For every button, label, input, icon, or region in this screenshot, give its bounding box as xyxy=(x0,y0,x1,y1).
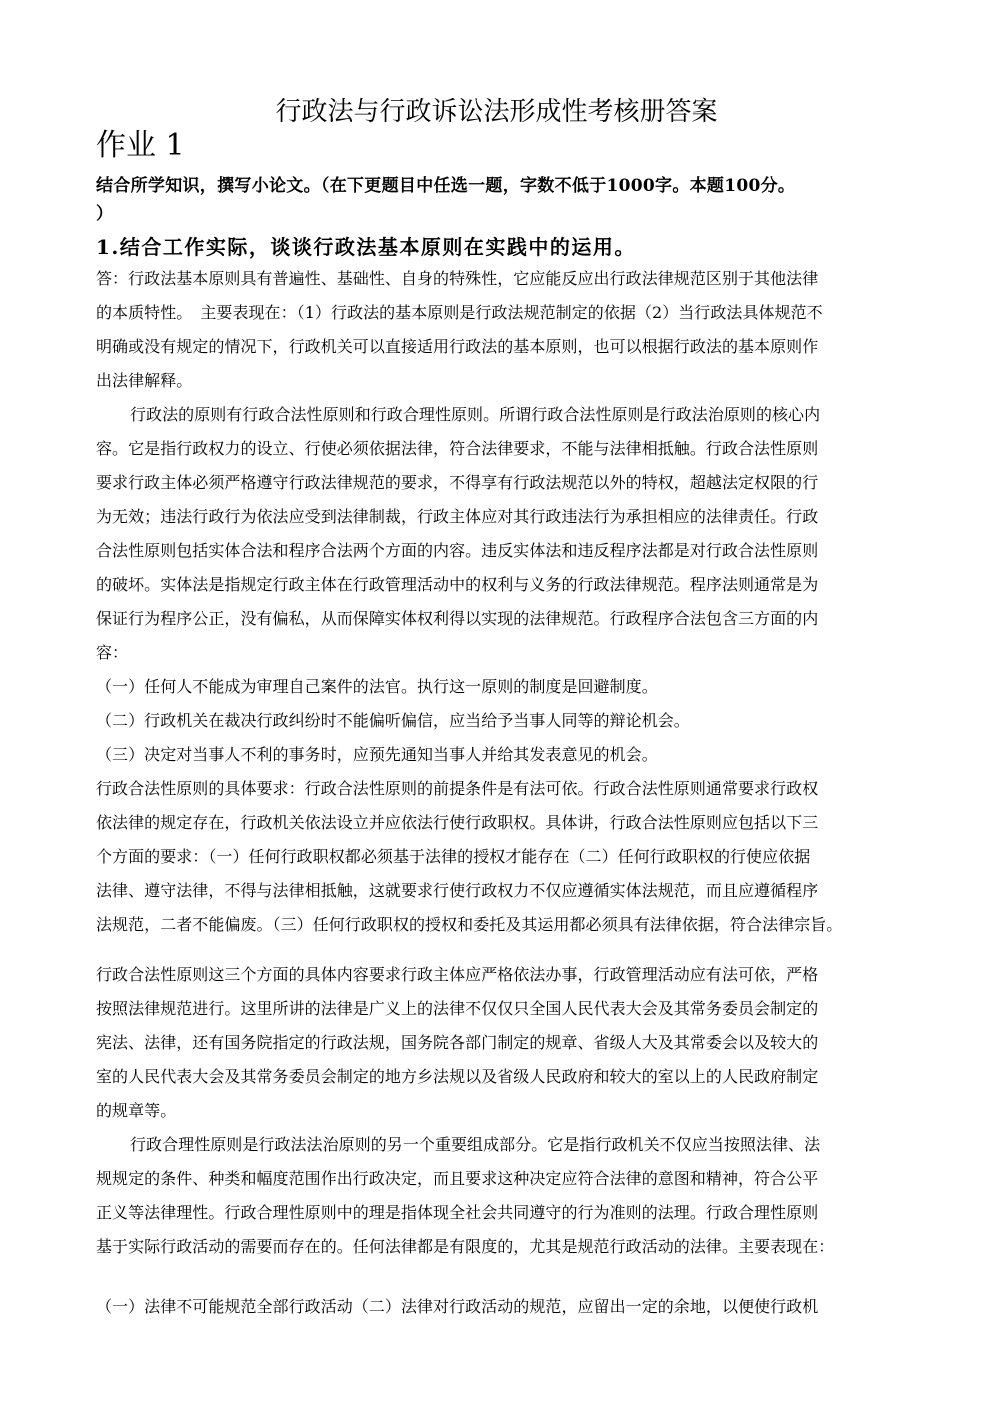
instruction-line-1: 结合所学知识，撰写小论文。（在下更题目中任选一题，字数不低于1000字。本题10… xyxy=(96,170,916,202)
body-line: 的破坏。实体法是指规定行政主体在行政管理活动中的权利与义务的行政法律规范。程序法… xyxy=(96,574,818,596)
body-line: 行政合法性原则这三个方面的具体内容要求行政主体应严格依法办事，行政管理活动应有法… xyxy=(96,964,818,986)
document-page: 行政法与行政诉讼法形成性考核册答案 作业 1 结合所学知识，撰写小论文。（在下更… xyxy=(0,0,993,1404)
body-line: 保证行为程序公正，没有偏私，从而保障实体权利得以实现的法律规范。行政程序合法包含… xyxy=(96,608,818,630)
body-line: （三）决定对当事人不利的事务时，应预先通知当事人并给其发表意见的机会。 xyxy=(96,744,658,766)
body-line: 宪法、法律，还有国务院指定的行政法规，国务院各部门制定的规章、省级人大及其常委会… xyxy=(96,1032,818,1054)
body-line: 行政法的原则有行政合法性原则和行政合理性原则。所谓行政合法性原则是行政法治原则的… xyxy=(130,404,820,426)
body-line: （一）任何人不能成为审理自己案件的法官。执行这一原则的制度是回避制度。 xyxy=(96,676,658,698)
body-line: （一）法律不可能规范全部行政活动（二）法律对行政活动的规范，应留出一定的余地，以… xyxy=(96,1296,818,1318)
body-line: 法规范，二者不能偏废。（三）任何行政职权的授权和委托及其运用都必须具有法律依据，… xyxy=(96,914,842,936)
body-line: 明确或没有规定的情况下，行政机关可以直接适用行政法的基本原则，也可以根据行政法的… xyxy=(96,336,818,358)
body-line: 容： xyxy=(96,642,128,664)
body-line: 个方面的要求：（一）任何行政职权都必须基于法律的授权才能存在（二）任何行政职权的… xyxy=(96,846,810,868)
body-line: 答：行政法基本原则具有普遍性、基础性、自身的特殊性，它应能反应出行政法律规范区别… xyxy=(96,268,818,290)
body-line: 按照法律规范进行。这里所讲的法律是广义上的法律不仅仅只全国人民代表大会及其常务委… xyxy=(96,998,818,1020)
body-line: 合法性原则包括实体合法和程序合法两个方面的内容。违反实体法和违反程序法都是对行政… xyxy=(96,540,818,562)
body-line: 室的人民代表大会及其常务委员会制定的地方乡法规以及省级人民政府和较大的室以上的人… xyxy=(96,1066,818,1088)
body-line: 行政合法性原则的具体要求：行政合法性原则的前提条件是有法可依。行政合法性原则通常… xyxy=(96,778,818,800)
body-line: 容。它是指行政权力的设立、行使必须依据法律，符合法律要求，不能与法律相抵触。行政… xyxy=(96,438,818,460)
body-line: 正义等法律理性。行政合理性原则中的理是指体现全社会共同遵守的行为准则的法理。行政… xyxy=(96,1202,818,1224)
body-line: 要求行政主体必须严格遵守行政法律规范的要求，不得享有行政法规范以外的特权，超越法… xyxy=(96,472,818,494)
instruction-line-2: ） xyxy=(96,198,916,230)
document-title: 行政法与行政诉讼法形成性考核册答案 xyxy=(0,94,993,130)
body-line: （二）行政机关在裁决行政纠纷时不能偏听偏信，应当给予当事人同等的辩论机会。 xyxy=(96,710,690,732)
body-line: 为无效；违法行政行为依法应受到法律制裁，行政主体应对其行政违法行为承担相应的法律… xyxy=(96,506,818,528)
body-line: 依法律的规定存在，行政机关依法设立并应依法行使行政职权。具体讲，行政合法性原则应… xyxy=(96,812,818,834)
body-line: 的规章等。 xyxy=(96,1100,176,1122)
body-line: 基于实际行政活动的需要而存在的。任何法律都是有限度的，尤其是规范行政活动的法律。… xyxy=(96,1236,834,1258)
body-line: 规规定的条件、种类和幅度范围作出行政决定，而且要求这种决定应符合法律的意图和精神… xyxy=(96,1168,818,1190)
question-heading: 1.结合工作实际，谈谈行政法基本原则在实践中的运用。 xyxy=(96,232,636,262)
body-line: 出法律解释。 xyxy=(96,370,192,392)
body-line: 法律、遵守法律，不得与法律相抵触，这就要求行使行政权力不仅应遵循实体法规范，而且… xyxy=(96,880,818,902)
body-line: 的本质特性。 主要表现在：（1）行政法的基本原则是行政法规范制定的依据（2）当行… xyxy=(96,302,823,324)
instruction-text: 结合所学知识，撰写小论文。（在下更题目中任选一题，字数不低于1000字。本题10… xyxy=(96,170,916,230)
body-line: 行政合理性原则是行政法法治原则的另一个重要组成部分。它是指行政机关不仅应当按照法… xyxy=(130,1134,820,1156)
assignment-heading: 作业 1 xyxy=(96,126,185,166)
